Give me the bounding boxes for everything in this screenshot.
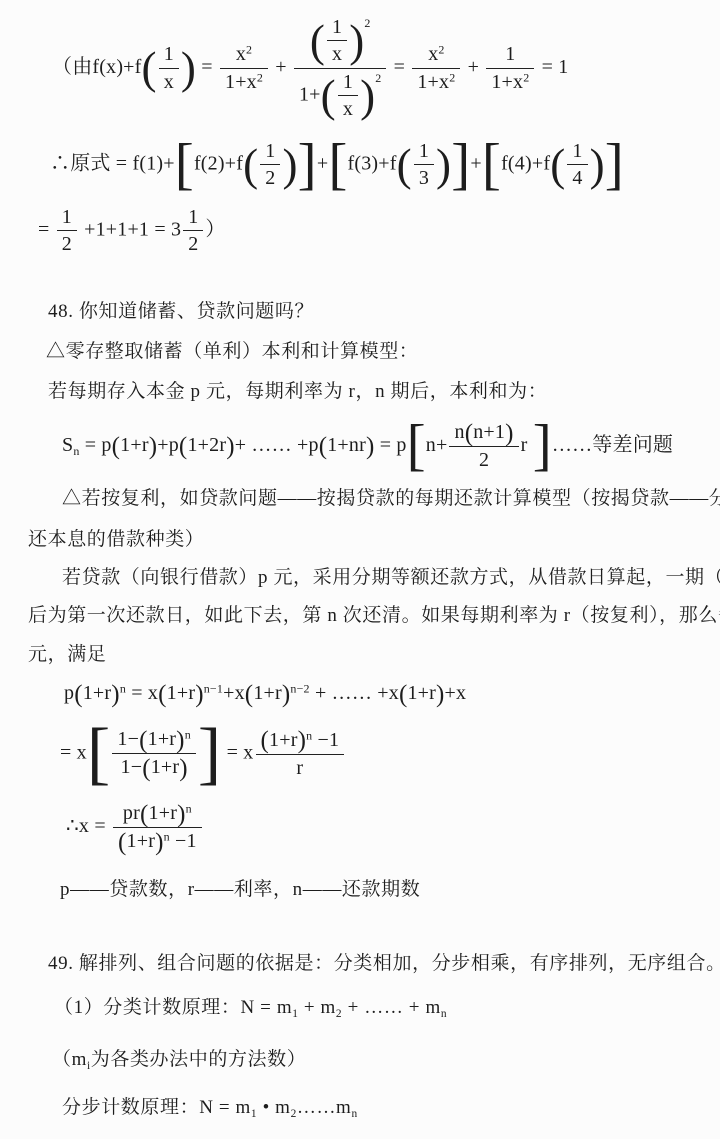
loan-paragraph-line-2: 后为第一次还款日，如此下去，第 n 次还清。如果每期利率为 r（按复利），那么每…: [28, 604, 720, 629]
math-text: 1: [265, 140, 275, 162]
math-fraction: 12: [260, 140, 280, 190]
compound-interest-line-2: 还本息的借款种类）: [28, 528, 204, 553]
math-delimiter: [: [175, 141, 194, 189]
math-text: 为各类办法中的方法数）: [91, 1049, 307, 1070]
math-text: 2: [246, 43, 252, 57]
math-text: + m: [299, 997, 336, 1018]
math-delimiter: ): [177, 804, 186, 825]
math-text: 1+: [299, 83, 321, 105]
math-superscript: 2: [438, 43, 444, 57]
math-fraction: 11+x2: [486, 43, 534, 93]
math-text: 1+r: [407, 682, 436, 704]
math-fraction: 14: [567, 140, 587, 190]
math-numerator: (1x)2: [294, 16, 386, 69]
math-text: 1+r: [151, 756, 180, 778]
math-text: x: [428, 43, 438, 65]
math-text: f(4)+f: [501, 152, 550, 174]
math-text: 1+x: [225, 71, 257, 93]
math-text: 2: [479, 449, 489, 471]
math-delimiter: (: [158, 684, 167, 705]
math-text: 1−: [117, 728, 139, 750]
math-delimiter: (: [243, 146, 258, 184]
math-numerator: 1: [567, 140, 587, 165]
math-denominator: (1+r)n −1: [113, 828, 202, 853]
math-text: −1: [170, 830, 197, 852]
math-delimiter: ): [590, 146, 605, 184]
math-numerator: 1: [260, 140, 280, 165]
math-text: =: [196, 56, 218, 78]
math-denominator: 2: [183, 231, 203, 255]
math-text: = p: [80, 434, 112, 456]
math-denominator: 1+(1x)2: [294, 69, 386, 121]
math-delimiter: (: [142, 758, 151, 779]
math-text: ∴x =: [66, 815, 111, 837]
math-text: 1+r: [149, 802, 178, 824]
math-delimiter: ]: [298, 141, 317, 189]
math-text: ）: [205, 218, 225, 240]
math-delimiter: ): [298, 730, 307, 751]
question-48-title: 48. 你知道储蓄、贷款问题吗？: [48, 300, 314, 325]
math-delimiter: ]: [198, 724, 222, 784]
math-fraction: 13: [414, 140, 434, 190]
math-delimiter: [: [482, 141, 501, 189]
math-denominator: x: [159, 69, 179, 93]
math-delimiter: (: [397, 146, 412, 184]
math-text: 3: [419, 167, 429, 189]
math-text: x: [343, 98, 353, 120]
math-text: n−1: [204, 681, 223, 695]
compound-interest-line-1: △若按复利，如贷款问题——按揭贷款的每期还款计算模型（按揭贷款——分期等额归: [62, 487, 720, 512]
formula-sum-result: = 12 +1+1+1 = 312）: [38, 206, 226, 256]
math-subscript: n: [351, 1108, 357, 1120]
math-denominator: 3: [414, 165, 434, 189]
math-numerator: 1: [486, 43, 534, 68]
math-delimiter: (: [465, 423, 474, 444]
math-text: 1: [62, 206, 72, 228]
math-text: 1: [505, 43, 515, 65]
math-delimiter: ): [179, 758, 188, 779]
math-text: n: [454, 421, 464, 443]
math-delimiter: (: [139, 730, 148, 751]
math-superscript: 2: [364, 16, 370, 30]
math-text: 2: [62, 233, 72, 255]
math-text: n: [186, 801, 192, 815]
math-superscript: 2: [523, 70, 529, 84]
mi-note: （mi为各类办法中的方法数）: [52, 1048, 306, 1074]
math-delimiter: ): [226, 436, 235, 457]
math-denominator: 4: [567, 165, 587, 189]
math-text: 1: [572, 140, 582, 162]
math-denominator: 2: [449, 447, 518, 471]
math-denominator: 2: [57, 231, 77, 255]
math-text: 1−: [121, 756, 143, 778]
math-text: n: [185, 728, 191, 742]
math-delimiter: ): [436, 146, 451, 184]
math-denominator: r: [256, 755, 345, 779]
math-text: x: [236, 43, 246, 65]
math-numerator: x2: [412, 43, 460, 68]
math-text: n: [351, 1108, 357, 1120]
math-text: 1: [343, 71, 353, 93]
math-fraction: x21+x2: [412, 43, 460, 93]
savings-model-heading: △零存整取储蓄（单利）本利和计算模型：: [46, 340, 418, 365]
math-text: 1: [419, 140, 429, 162]
math-superscript: n: [186, 801, 192, 815]
math-text: 1+r: [127, 830, 156, 852]
math-numerator: 1: [159, 43, 179, 68]
math-fraction: 1−(1+r)n1−(1+r): [112, 728, 196, 779]
math-delimiter: (: [118, 832, 127, 853]
formula-original-expansion: ∴原式 = f(1)+[f(2)+f(12)]+[f(3)+f(13)]+[f(…: [50, 140, 624, 190]
math-delimiter: ): [181, 49, 196, 87]
math-text: +x: [223, 682, 245, 704]
math-numerator: x2: [220, 43, 268, 68]
formula-fx-identity: （由f(x)+f(1x) = x21+x2 + (1x)21+(1x)2 = x…: [52, 16, 569, 121]
math-delimiter: (: [321, 77, 336, 115]
formula-loan-expansion: p(1+r)n = x(1+r)n−1+x(1+r)n−2 + …… +x(1+…: [64, 680, 466, 706]
math-denominator: 1+x2: [486, 69, 534, 93]
math-text: （1）分类计数原理：N = m: [54, 997, 292, 1018]
math-delimiter: ): [195, 684, 204, 705]
math-delimiter: ): [176, 730, 185, 751]
math-text: 1+r: [148, 728, 177, 750]
math-text: + …… +p: [235, 434, 319, 456]
math-denominator: 2: [260, 165, 280, 189]
math-delimiter: ): [149, 436, 158, 457]
math-text: n−2: [290, 681, 309, 695]
math-superscript: 2: [375, 71, 381, 85]
math-fraction: pr(1+r)n(1+r)n −1: [113, 802, 202, 853]
math-fraction: 1x: [159, 43, 179, 93]
savings-condition-text: 若每期存入本金 p 元，每期利率为 r，n 期后，本利和为：: [48, 380, 547, 405]
math-text: n: [441, 1008, 447, 1020]
math-text: 2: [375, 71, 381, 85]
math-text: +: [317, 152, 328, 174]
math-denominator: 1+x2: [220, 69, 268, 93]
math-fraction: 1x: [327, 16, 347, 66]
math-superscript: n−1: [204, 681, 223, 695]
math-fraction: 1x: [338, 71, 358, 121]
math-delimiter: (: [550, 146, 565, 184]
math-text: 2: [188, 233, 198, 255]
math-text: n+1: [473, 421, 505, 443]
math-text: =: [38, 218, 55, 240]
math-text: 1: [164, 43, 174, 65]
math-delimiter: [: [407, 422, 426, 470]
math-text: ……等差问题: [552, 434, 673, 456]
math-delimiter: ]: [533, 422, 552, 470]
math-denominator: 1−(1+r): [112, 754, 196, 779]
math-fraction: 12: [57, 206, 77, 256]
classification-principle: （1）分类计数原理：N = m1 + m2 + …… + mn: [54, 996, 447, 1022]
math-text: （由f(x)+f: [52, 56, 142, 78]
loan-paragraph-line-3: 元，满足: [28, 643, 106, 668]
math-text: +p: [157, 434, 179, 456]
math-numerator: 1: [414, 140, 434, 165]
math-numerator: pr(1+r)n: [113, 802, 202, 828]
math-delimiter: ): [505, 423, 514, 444]
math-denominator: x: [338, 96, 358, 120]
math-text: + …… + m: [342, 997, 441, 1018]
math-delimiter: [: [328, 141, 347, 189]
math-text: • m: [257, 1097, 290, 1118]
math-superscript: 2: [257, 70, 263, 84]
math-superscript: n: [185, 728, 191, 742]
math-fraction: (1+r)n −1r: [256, 729, 345, 779]
math-text: = p: [375, 434, 407, 456]
variable-legend: p——贷款数，r——利率，n——还款期数: [60, 878, 420, 903]
math-text: =: [388, 56, 410, 78]
math-text: 2: [364, 16, 370, 30]
math-text: r: [521, 434, 533, 456]
math-text: 1+x: [491, 71, 523, 93]
math-delimiter: ): [360, 77, 375, 115]
math-delimiter: (: [142, 49, 157, 87]
math-text: 1+r: [120, 434, 149, 456]
math-text: 2: [449, 70, 455, 84]
math-text: 1+r: [83, 682, 112, 704]
math-delimiter: ): [349, 22, 364, 60]
math-text: −1: [312, 729, 339, 751]
math-text: f(3)+f: [348, 152, 397, 174]
math-text: = x: [126, 682, 158, 704]
math-numerator: 1: [183, 206, 203, 231]
math-fraction: (1x)21+(1x)2: [294, 16, 386, 121]
math-fraction: x21+x2: [220, 43, 268, 93]
math-numerator: (1+r)n −1: [256, 729, 345, 755]
math-text: S: [62, 434, 73, 456]
math-text: n+: [426, 434, 448, 456]
question-49-title: 49. 解排列、组合问题的依据是：分类相加，分步相乘，有序排列，无序组合。: [48, 952, 720, 977]
formula-sn-arithmetic: Sn = p(1+r)+p(1+2r)+ …… +p(1+nr) = p[n+n…: [62, 421, 673, 471]
math-text: = x: [60, 741, 87, 763]
math-delimiter: (: [310, 22, 325, 60]
math-denominator: x: [327, 41, 347, 65]
math-superscript: 2: [246, 43, 252, 57]
math-text: ∴原式 = f(1)+: [50, 152, 175, 174]
math-delimiter: [: [87, 724, 111, 784]
math-numerator: 1: [327, 16, 347, 41]
math-text: p: [64, 682, 74, 704]
math-subscript: n: [441, 1008, 447, 1020]
math-text: 2: [523, 70, 529, 84]
math-text: = 1: [536, 56, 568, 78]
math-delimiter: (: [74, 684, 83, 705]
math-delimiter: ): [436, 684, 445, 705]
math-numerator: 1: [338, 71, 358, 96]
math-fraction: n(n+1)2: [449, 421, 518, 471]
math-fraction: 12: [183, 206, 203, 256]
math-text: 1: [332, 16, 342, 38]
math-text: 2: [265, 167, 275, 189]
math-numerator: 1: [57, 206, 77, 231]
math-text: = x: [221, 741, 253, 763]
math-denominator: 1+x2: [412, 69, 460, 93]
math-superscript: n−2: [290, 681, 309, 695]
math-text: 1: [188, 206, 198, 228]
math-text: + …… +x: [310, 682, 399, 704]
math-delimiter: (: [261, 730, 270, 751]
math-text: 1+nr: [327, 434, 366, 456]
math-delimiter: ): [282, 146, 297, 184]
math-text: 分步计数原理：N = m: [62, 1097, 251, 1118]
math-delimiter: ): [366, 436, 375, 457]
math-delimiter: (: [140, 804, 149, 825]
math-text: 1+x: [417, 71, 449, 93]
math-text: （m: [52, 1049, 87, 1070]
formula-payment-x: ∴x = pr(1+r)n(1+r)n −1: [66, 802, 204, 853]
loan-paragraph-line-1: 若贷款（向银行借款）p 元，采用分期等额还款方式，从借款日算起，一期（如一年）: [62, 566, 720, 591]
math-text: f(2)+f: [194, 152, 243, 174]
math-text: 1+r: [253, 682, 282, 704]
step-counting-principle: 分步计数原理：N = m1 • m2……mn: [62, 1096, 358, 1122]
math-text: 4: [572, 167, 582, 189]
math-numerator: n(n+1): [449, 421, 518, 447]
math-text: 2: [257, 70, 263, 84]
math-text: x: [332, 43, 342, 65]
math-delimiter: ): [111, 684, 120, 705]
math-delimiter: (: [319, 436, 328, 457]
math-text: +: [470, 152, 481, 174]
math-numerator: 1−(1+r)n: [112, 728, 196, 754]
math-text: 1+r: [167, 682, 196, 704]
math-text: ……m: [297, 1097, 352, 1118]
math-text: 2: [438, 43, 444, 57]
formula-geometric-sum: = x[1−(1+r)n1−(1+r)] = x(1+r)n −1r: [60, 724, 346, 784]
math-text: +: [270, 56, 292, 78]
math-text: +x: [445, 682, 467, 704]
math-text: +: [462, 56, 484, 78]
math-text: pr: [123, 802, 140, 824]
math-text: +1+1+1 = 3: [79, 218, 181, 240]
math-text: x: [164, 71, 174, 93]
math-delimiter: ]: [605, 141, 624, 189]
math-delimiter: ]: [451, 141, 470, 189]
math-text: 1+2r: [187, 434, 226, 456]
document-page: （由f(x)+f(1x) = x21+x2 + (1x)21+(1x)2 = x…: [0, 0, 720, 1139]
math-text: 1+r: [269, 729, 298, 751]
math-superscript: 2: [449, 70, 455, 84]
math-text: r: [296, 757, 303, 779]
math-delimiter: ): [155, 832, 164, 853]
math-delimiter: (: [112, 436, 121, 457]
